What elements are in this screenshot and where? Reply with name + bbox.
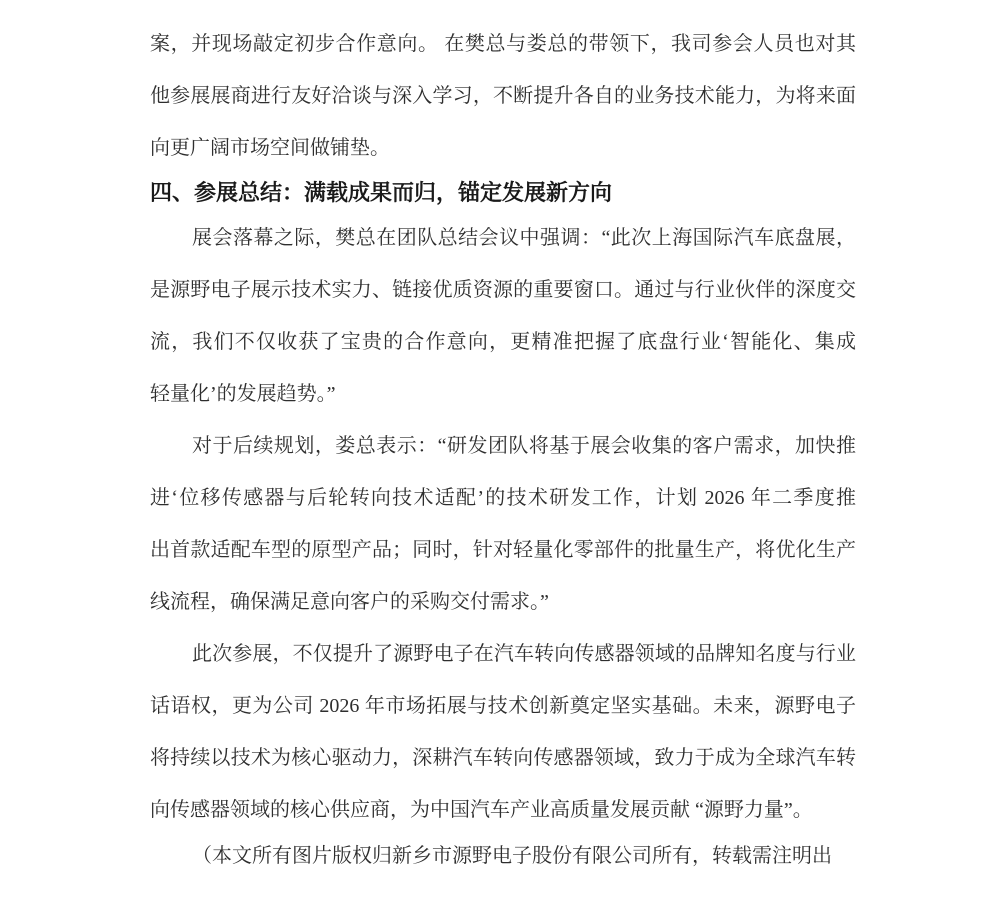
document-line: 展会落幕之际，樊总在团队总结会议中强调：“此次上海国际汽车底盘展， (150, 212, 856, 264)
outlook-paragraph: 此次参展，不仅提升了源野电子在汽车转向传感器领域的品牌知名度与行业 话语权，更为… (150, 628, 856, 836)
document-page: 案，并现场敲定初步合作意向。 在樊总与娄总的带领下，我司参会人员也对其 他参展展… (0, 0, 1000, 901)
document-line: 轻量化’的发展趋势。” (150, 368, 856, 420)
document-line: 向传感器领域的核心供应商，为中国汽车产业高质量发展贡献 “源野力量”。 (150, 784, 856, 836)
document-line: 线流程，确保满足意向客户的采购交付需求。” (150, 576, 856, 628)
document-line: 此次参展，不仅提升了源野电子在汽车转向传感器领域的品牌知名度与行业 (150, 628, 856, 680)
document-line: 出首款适配车型的原型产品；同时，针对轻量化零部件的批量生产，将优化生产 (150, 524, 856, 576)
continued-paragraph: 案，并现场敲定初步合作意向。 在樊总与娄总的带领下，我司参会人员也对其 他参展展… (150, 18, 856, 174)
document-line: 将持续以技术为核心驱动力，深耕汽车转向传感器领域，致力于成为全球汽车转 (150, 732, 856, 784)
document-line: 流，我们不仅收获了宝贵的合作意向，更精准把握了底盘行业‘智能化、集成化、 (150, 316, 856, 368)
document-line: 是源野电子展示技术实力、链接优质资源的重要窗口。通过与行业伙伴的深度交 (150, 264, 856, 316)
section-heading: 四、参展总结：满载成果而归，锚定发展新方向 (150, 174, 856, 212)
document-line: 对于后续规划，娄总表示：“研发团队将基于展会收集的客户需求，加快推 (150, 420, 856, 472)
document-line: 他参展展商进行友好洽谈与深入学习，不断提升各自的业务技术能力，为将来面 (150, 70, 856, 122)
summary-paragraph: 展会落幕之际，樊总在团队总结会议中强调：“此次上海国际汽车底盘展， 是源野电子展… (150, 212, 856, 420)
document-line: 向更广阔市场空间做铺垫。 (150, 122, 856, 174)
copyright-note: （本文所有图片版权归新乡市源野电子股份有限公司所有，转载需注明出处） (150, 836, 856, 876)
document-body: 案，并现场敲定初步合作意向。 在樊总与娄总的带领下，我司参会人员也对其 他参展展… (150, 18, 856, 876)
document-line: 案，并现场敲定初步合作意向。 在樊总与娄总的带领下，我司参会人员也对其 (150, 18, 856, 70)
plan-paragraph: 对于后续规划，娄总表示：“研发团队将基于展会收集的客户需求，加快推 进‘位移传感… (150, 420, 856, 628)
document-line: 话语权，更为公司 2026 年市场拓展与技术创新奠定坚实基础。未来，源野电子 (150, 680, 856, 732)
document-line: 进‘位移传感器与后轮转向技术适配’的技术研发工作，计划 2026 年二季度推 (150, 472, 856, 524)
